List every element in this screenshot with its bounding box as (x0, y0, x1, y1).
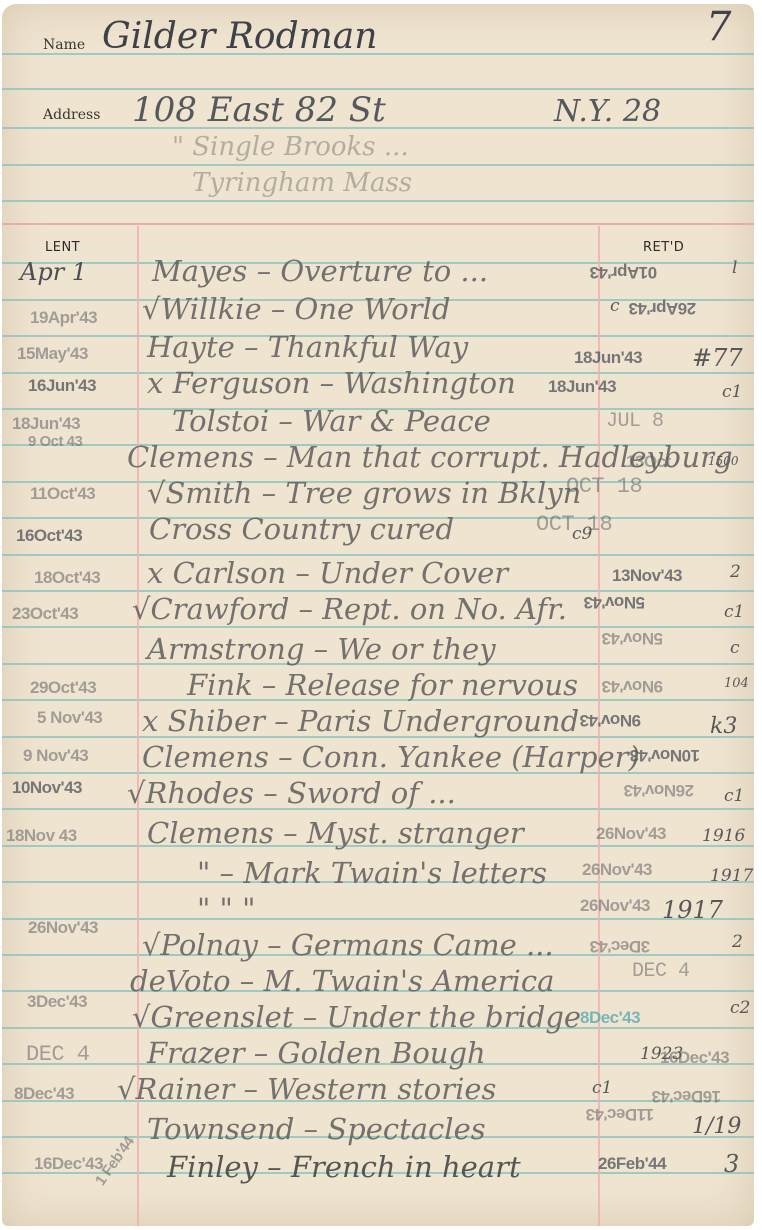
lent-date: 11Oct'43 (30, 484, 95, 504)
book-entry: Finley – French in heart (167, 1150, 521, 1184)
margin-note: #77 (692, 344, 743, 372)
book-entry: x Shiber – Paris Underground (142, 704, 579, 738)
book-entry: Hayte – Thankful Way (147, 330, 468, 364)
ruled-line (2, 164, 754, 166)
lent-date: 16Dec'43 (34, 1154, 103, 1174)
returned-date: 5Nov'43 (584, 592, 645, 612)
borrower-address: 108 East 82 St (132, 90, 386, 130)
returned-date: 26Apr'43 (629, 298, 696, 318)
returned-date: 16Dec'43 (652, 1086, 721, 1106)
book-entry: √Rhodes – Sword of ... (127, 776, 456, 810)
lent-date: 10Nov'43 (12, 778, 82, 798)
returned-date: 13Oct (626, 452, 671, 472)
book-entry: Clemens – Myst. stranger (147, 816, 524, 850)
book-entry: √Crawford – Rept. on No. Afr. (132, 592, 567, 626)
address-label: Address (43, 107, 100, 123)
book-entry: √Smith – Tree grows in Bklyn (147, 476, 581, 510)
margin-note: l (732, 258, 737, 278)
margin-note: c1 (724, 786, 744, 806)
returned-date: JUL 8 (606, 410, 664, 433)
book-entry: " " " (197, 892, 255, 926)
book-entry: deVoto – M. Twain's America (130, 964, 554, 998)
book-entry: √Polnay – Germans Came ... (142, 928, 554, 962)
book-entry: √Willkie – One World (142, 292, 450, 326)
margin-note: c (730, 638, 740, 658)
lent-date: 23Oct'43 (12, 604, 78, 624)
lent-date: 5 Nov'43 (37, 708, 102, 728)
name-label: Name (43, 37, 85, 53)
returned-date: 5Nov'43 (602, 628, 663, 648)
ruled-line (2, 918, 754, 920)
book-entry: √Greenslet – Under the bridge (132, 1000, 581, 1034)
returned-date: OCT 18 (566, 474, 642, 499)
returned-date: 26Nov'43 (624, 780, 694, 800)
lent-date: 16Oct'43 (16, 526, 82, 546)
margin-note: 1917 (710, 866, 753, 886)
margin-note: 1923 (640, 1044, 683, 1064)
faint-address-note-2: Tyringham Mass (192, 168, 412, 198)
book-entry: √Rainer – Western stories (117, 1072, 496, 1106)
lent-date: 16Jun'43 (28, 376, 96, 396)
margin-note: 1916 (702, 826, 745, 846)
returned-date: 26Feb'44 (598, 1154, 666, 1174)
margin-note: 1/19 (692, 1114, 741, 1139)
returned-date: 26Nov'43 (582, 860, 652, 880)
margin-note: k3 (710, 714, 737, 739)
lent-date: 3Dec'43 (27, 992, 87, 1012)
book-entry: Clemens – Conn. Yankee (Harper) (142, 740, 640, 774)
returned-date: 3Dec'43 (590, 936, 650, 956)
margin-note: c1 (724, 602, 744, 622)
book-entry: Mayes – Overture to ... (152, 254, 488, 288)
returned-date: 26Nov'43 (580, 896, 650, 916)
returned-date: 18Jun'43 (548, 377, 616, 397)
returned-column-header: RET'D (643, 240, 684, 255)
borrower-city: N.Y. 28 (554, 94, 661, 129)
margin-note: c2 (730, 998, 750, 1018)
margin-note: c1 (722, 382, 742, 402)
margin-note: 1917 (662, 896, 723, 924)
borrower-name: Gilder Rodman (102, 16, 377, 57)
margin-note: 3 (724, 1150, 739, 1178)
returned-date: 01Apr'43 (590, 262, 657, 282)
book-entry: Frazer – Golden Bough (147, 1036, 486, 1070)
library-loan-card: Name Gilder Rodman 7 Address 108 East 82… (2, 4, 754, 1226)
lent-date: DEC 4 (26, 1042, 90, 1067)
returned-date: DEC 4 (632, 960, 690, 983)
returned-date: 10Nov'43 (630, 745, 700, 765)
book-entry: x Carlson – Under Cover (147, 556, 508, 590)
book-entry: Tolstoi – War & Peace (172, 404, 491, 438)
returned-date: 11Dec'43 (586, 1104, 654, 1124)
book-entry: x Ferguson – Washington (147, 366, 516, 400)
lent-date: 18Nov 43 (6, 826, 77, 846)
lent-date: 19Apr'43 (30, 308, 97, 328)
returned-date: 26Nov'43 (596, 824, 666, 844)
margin-note: c1 (592, 1078, 612, 1098)
lent-date: 29Oct'43 (30, 678, 96, 698)
returned-date: 18Jun'43 (574, 348, 642, 368)
returned-date: 13Nov'43 (612, 566, 682, 586)
lent-date: 18Oct'43 (34, 568, 100, 588)
lent-date: 8Dec'43 (14, 1084, 74, 1104)
book-entry: Fink – Release for nervous (187, 668, 578, 702)
book-entry: " – Mark Twain's letters (197, 856, 547, 890)
lent-date: Apr 1 (20, 258, 87, 286)
red-divider-line (2, 223, 754, 225)
faint-address-note-1: " Single Brooks ... (172, 132, 409, 162)
lent-column-header: LENT (45, 240, 80, 255)
ruled-line (2, 200, 754, 202)
card-number: 7 (706, 4, 731, 50)
book-entry: Cross Country cured (149, 512, 454, 546)
margin-note: c (610, 296, 620, 316)
margin-note: c9 (572, 524, 592, 544)
returned-date: 8Dec'43 (580, 1008, 640, 1028)
book-entry: Armstrong – We or they (147, 632, 496, 666)
lent-date: 9 Oct 43 (28, 433, 82, 450)
margin-note: 2 (730, 562, 741, 582)
returned-date: 9Nov'43 (602, 676, 663, 696)
lent-date: 26Nov'43 (28, 918, 98, 938)
margin-note: 1500 (708, 454, 739, 468)
margin-note: 2 (732, 932, 743, 952)
lent-date: 18Jun'43 (12, 414, 80, 434)
book-entry: Townsend – Spectacles (147, 1112, 486, 1146)
margin-note: 104 (724, 676, 749, 691)
lent-date: 9 Nov'43 (23, 746, 88, 766)
returned-date: 9Nov'43 (580, 710, 641, 730)
lent-date: 15May'43 (17, 344, 88, 364)
